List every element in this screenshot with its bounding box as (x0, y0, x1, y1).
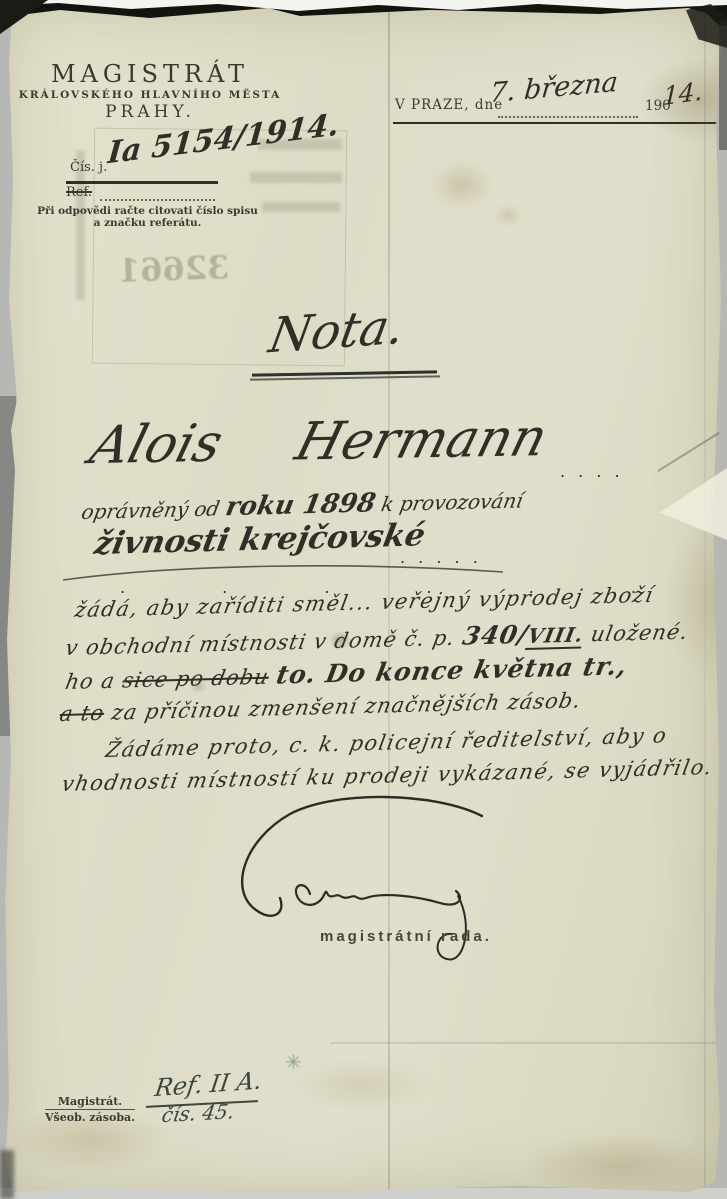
dateline-place-label: V PRAZE, dne (395, 97, 503, 113)
signature-title-stamp: magistrátní rada. (320, 928, 492, 945)
date-dotted-line (498, 116, 638, 118)
stain-bottom-left (0, 1150, 14, 1199)
applicant-name-handwritten: Alois Hermann (84, 408, 554, 476)
file-number-label: Čís. j. (70, 160, 107, 175)
bleedthrough-smudge (262, 202, 340, 212)
body-line-7: a to za příčinou zmenšení značnějších zá… (58, 688, 584, 726)
body-line-3: živnosti krejčovské (92, 517, 429, 562)
citation-note-line1: Při odpovědi račte citovati číslo spisu (30, 205, 265, 217)
scanned-document: 32661 MAGISTRÁT KRÁLOVSKÉHO HLAVNÍHO MĚS… (0, 0, 727, 1199)
ref-label: Ref. (66, 185, 92, 200)
green-ink-mark: ✳ (285, 1050, 302, 1074)
body-line2-part3: k provozování (379, 488, 525, 516)
body-line6-part2: to. Do konce května tr., (274, 651, 630, 689)
body-line5-district-roman: VIII. (525, 622, 585, 650)
dateline-underline (393, 122, 722, 124)
dateline-year-handwritten: 14. (662, 76, 702, 111)
body-line6-struck-text: sice po dobu (121, 665, 272, 693)
body-line7-rest: za příčinou zmenšení značnějších zásob. (110, 688, 584, 724)
signature-flourish (220, 792, 510, 1002)
bleedthrough-smudge (250, 172, 342, 183)
body-line-8: Žádáme proto, c. k. policejní ředitelstv… (104, 723, 670, 762)
footer-divider-line (45, 1109, 135, 1110)
title-underline-2 (250, 375, 440, 380)
edge-artifact-right (719, 20, 727, 150)
body-line5-part2: uložené. (589, 620, 690, 647)
citation-note-line2: a značku referátu. (30, 217, 265, 229)
bleedthrough-stamp-number: 32661 (117, 248, 230, 290)
dots-after-name: . . . . (560, 462, 624, 481)
dateline-date-handwritten: 7. března (489, 67, 619, 110)
footer-dept-line1: Magistrát. (40, 1095, 140, 1108)
vertical-fold-line-right (704, 0, 706, 1199)
file-number-underline (66, 181, 218, 184)
body-line5-part1: v obchodní místnosti v domě č. p. (63, 626, 457, 660)
body-line7-struck-text: a to (58, 701, 107, 726)
document-title-handwritten: Nota. (265, 298, 409, 364)
footer-ref-handwritten: Ref. II A. (153, 1066, 264, 1102)
body-line2-year: roku 1898 (223, 488, 378, 522)
letterhead-org-sub: KRÁLOVSKÉHO HLAVNÍHO MĚSTA (0, 89, 300, 101)
body-line2-part1: oprávněný od (80, 496, 222, 524)
horizontal-crease (330, 1042, 727, 1044)
footer-number-handwritten: čís. 45. (160, 1099, 236, 1127)
body-line5-house-number: 340/ (460, 620, 531, 651)
letterhead-org: MAGISTRÁT (0, 60, 300, 88)
paper-sheet: 32661 MAGISTRÁT KRÁLOVSKÉHO HLAVNÍHO MĚS… (0, 0, 727, 1199)
ref-dotted-line (100, 199, 215, 201)
footer-dept-line2: Všeob. zásoba. (30, 1111, 150, 1124)
body-line6-part1: ho a (63, 669, 117, 694)
